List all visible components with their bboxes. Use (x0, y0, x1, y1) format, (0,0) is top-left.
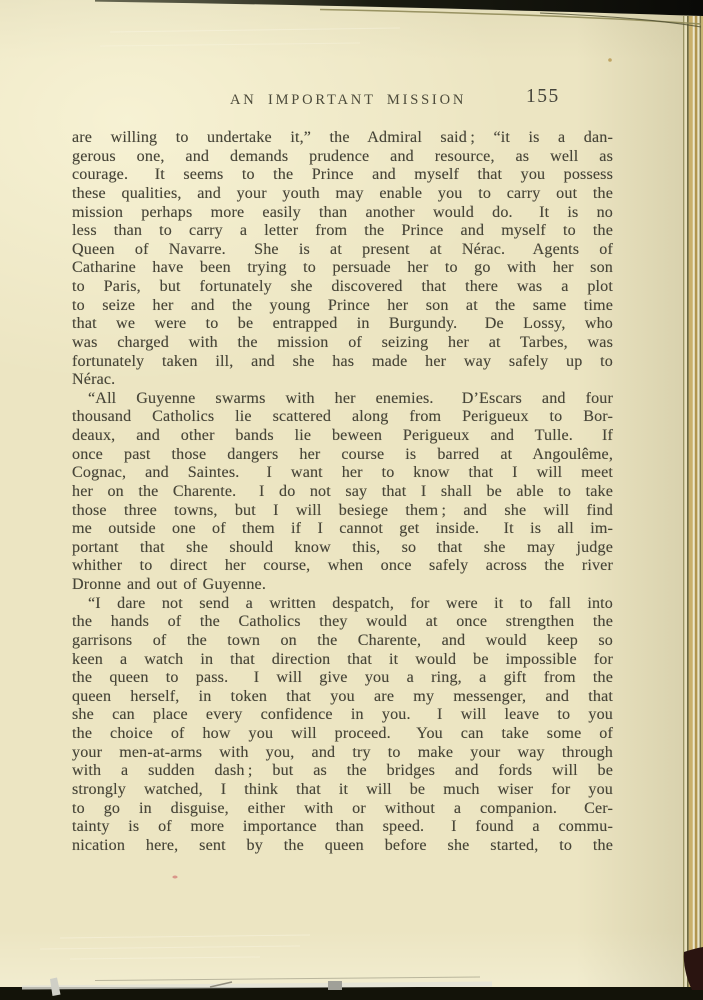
text-line: she can place every confidence in you. I… (72, 706, 613, 725)
paper-speck (608, 58, 612, 62)
text-line: portant that she should know this, so th… (72, 539, 613, 558)
text-line: keen a watch in that direction that it w… (72, 651, 613, 670)
text-line: to Paris, but fortunately she discovered… (72, 278, 613, 297)
text-line: Queen of Navarre. She is at present at N… (72, 241, 613, 260)
text-line: to go in disguise, either with or withou… (72, 800, 613, 819)
text-line: strongly watched, I think that it will b… (72, 781, 613, 800)
text-line: Nérac. (72, 371, 613, 390)
top-edge-line (320, 10, 701, 25)
text-line: nication here, sent by the queen before … (72, 837, 613, 856)
text-line: deaux, and other bands lie beween Perigu… (72, 427, 613, 446)
paragraph: “All Guyenne swarms with her enemies. D’… (72, 390, 613, 595)
bottom-edge-black (0, 987, 703, 1000)
text-line: to seize her and the young Prince her so… (72, 297, 613, 316)
text-line: Cognac, and Saintes. I want her to know … (72, 464, 613, 483)
running-title: AN IMPORTANT MISSION (230, 92, 412, 109)
text-line: garrisons of the town on the Charente, a… (72, 632, 613, 651)
text-line: Catharine have been trying to persuade h… (72, 259, 613, 278)
text-line: the hands of the Catholics they would at… (72, 613, 613, 632)
paragraph: “I dare not send a written despatch, for… (72, 595, 613, 856)
top-edge-shadow (95, 0, 703, 16)
text-line: these qualities, and your youth may enab… (72, 185, 613, 204)
text-line: that we were to be entrapped in Burgundy… (72, 315, 613, 334)
text-line: “I dare not send a written despatch, for… (72, 595, 613, 614)
text-line: was charged with the mission of seizing … (72, 334, 613, 353)
page-number: 155 (526, 86, 560, 108)
text-line: fortunately taken ill, and she has made … (72, 353, 613, 372)
text-line: your men-at-arms with you, and try to ma… (72, 744, 613, 763)
text-line: me outside one of them if I cannot get i… (72, 520, 613, 539)
text-line: “All Guyenne swarms with her enemies. D’… (72, 390, 613, 409)
text-line: those three towns, but I will besiege th… (72, 502, 613, 521)
text-line: courage. It seems to the Prince and myse… (72, 166, 613, 185)
bottom-right-corner (684, 947, 703, 990)
text-line: tainty is of more importance than speed.… (72, 818, 613, 837)
text-line: once past those dangers her course is ba… (72, 446, 613, 465)
text-line: gerous one, and demands prudence and res… (72, 148, 613, 167)
page-header: AN IMPORTANT MISSION 155 (72, 88, 612, 114)
page-body: are willing to undertake it,” the Admira… (72, 129, 613, 855)
book-page-scan: AN IMPORTANT MISSION 155 are willing to … (0, 0, 703, 1000)
text-line: with a sudden dash ; but as the bridges … (72, 762, 613, 781)
paper-speck-pink (172, 876, 177, 879)
text-line: thousand Catholics lie scattered along f… (72, 408, 613, 427)
paragraph: are willing to undertake it,” the Admira… (72, 129, 613, 390)
text-line: less than to carry a letter from the Pri… (72, 222, 613, 241)
text-line: are willing to undertake it,” the Admira… (72, 129, 613, 148)
text-line: whither to direct her course, when once … (72, 557, 613, 576)
bottom-page-highlight (22, 982, 492, 990)
text-line: the queen to pass. I will give you a rin… (72, 669, 613, 688)
page-edge-stripes (683, 16, 703, 988)
text-line: her on the Charente. I do not say that I… (72, 483, 613, 502)
text-line: Dronne and out of Guyenne. (72, 576, 613, 595)
text-line: mission perhaps more easily than another… (72, 204, 613, 223)
text-line: queen herself, in token that you are my … (72, 688, 613, 707)
text-line: the choice of how you will proceed. You … (72, 725, 613, 744)
